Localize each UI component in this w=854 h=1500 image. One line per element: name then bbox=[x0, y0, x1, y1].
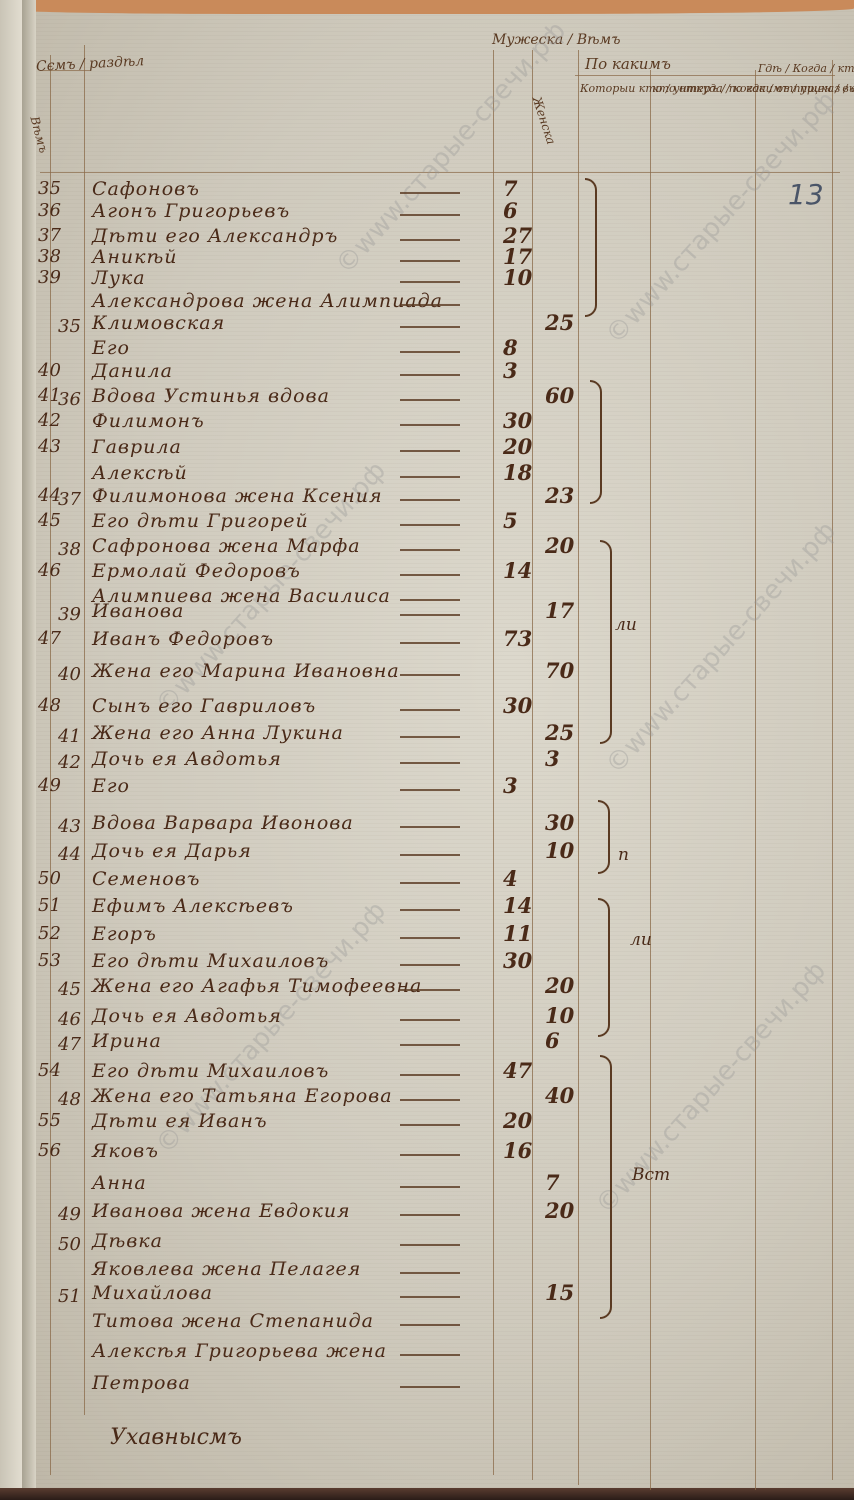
row-margin-number: 54 bbox=[38, 1060, 61, 1081]
row-name: Алексѣя Григорьева жена bbox=[92, 1340, 387, 1362]
row-age-male: 16 bbox=[503, 1138, 532, 1163]
row-filler-dash bbox=[400, 374, 460, 376]
row-margin-number: 51 bbox=[38, 895, 61, 916]
row-filler-dash bbox=[400, 1214, 460, 1216]
row-filler-dash bbox=[400, 909, 460, 911]
row-name: Александрова жена Алимпиада bbox=[92, 290, 443, 312]
row-age-female: 25 bbox=[545, 310, 574, 335]
row-margin-number: 37 bbox=[38, 225, 61, 246]
column-rule-name-start bbox=[84, 45, 85, 1415]
row-age-male: 5 bbox=[503, 508, 518, 533]
row-age-male: 47 bbox=[503, 1058, 532, 1083]
row-age-female: 10 bbox=[545, 838, 574, 863]
row-name: Его дѣти Михаиловъ bbox=[92, 950, 329, 972]
row-filler-dash bbox=[400, 192, 460, 194]
row-filler-dash bbox=[400, 989, 460, 991]
row-age-male: 20 bbox=[503, 1108, 532, 1133]
row-margin-number: 43 bbox=[38, 436, 61, 457]
column-rule-arrival bbox=[578, 50, 579, 1485]
row-name: Дочь ея Авдотья bbox=[92, 748, 282, 770]
row-age-female: 6 bbox=[545, 1028, 560, 1053]
row-name: Жена его Марина Ивановна bbox=[92, 660, 400, 682]
row-age-female: 17 bbox=[545, 598, 574, 623]
row-group-number: 51 bbox=[58, 1286, 81, 1307]
header-arrival-label: По какимъ bbox=[585, 58, 671, 71]
row-name: Аникѣй bbox=[92, 246, 178, 268]
row-filler-dash bbox=[400, 351, 460, 353]
row-filler-dash bbox=[400, 826, 460, 828]
header-arrival-sub: Которыи кто / унтеръ / по какимъ / прика… bbox=[580, 82, 650, 95]
header-rule-right bbox=[575, 75, 835, 76]
row-age-male: 30 bbox=[503, 693, 532, 718]
row-name: Ефимъ Алексѣевъ bbox=[92, 895, 294, 917]
row-name: Петрова bbox=[92, 1372, 191, 1394]
row-age-female: 3 bbox=[545, 746, 560, 771]
row-name: Дочь ея Дарья bbox=[92, 840, 252, 862]
row-name: Дочь ея Авдотья bbox=[92, 1005, 282, 1027]
row-group-number: 49 bbox=[58, 1204, 81, 1225]
row-filler-dash bbox=[400, 762, 460, 764]
row-group-number: 39 bbox=[58, 604, 81, 625]
row-filler-dash bbox=[400, 499, 460, 501]
row-filler-dash bbox=[400, 326, 460, 328]
row-name: Ермолай Федоровъ bbox=[92, 560, 301, 582]
row-margin-number: 45 bbox=[38, 510, 61, 531]
row-filler-dash bbox=[400, 1154, 460, 1156]
row-filler-dash bbox=[400, 1272, 460, 1274]
row-age-male: 30 bbox=[503, 408, 532, 433]
bracket-note: Вст bbox=[632, 1165, 670, 1185]
row-margin-number: 56 bbox=[38, 1140, 61, 1161]
signature: Ухавнысмъ bbox=[110, 1425, 242, 1450]
row-margin-number: 48 bbox=[38, 695, 61, 716]
watermark: ©www.старые-свечи.рф bbox=[600, 86, 842, 350]
row-filler-dash bbox=[400, 709, 460, 711]
row-filler-dash bbox=[400, 304, 460, 306]
row-filler-dash bbox=[400, 476, 460, 478]
row-filler-dash bbox=[400, 642, 460, 644]
row-filler-dash bbox=[400, 399, 460, 401]
row-group-number: 47 bbox=[58, 1034, 81, 1055]
row-filler-dash bbox=[400, 854, 460, 856]
row-group-number: 48 bbox=[58, 1089, 81, 1110]
row-margin-number: 49 bbox=[38, 775, 61, 796]
row-name: Иванъ Федоровъ bbox=[92, 628, 274, 650]
row-filler-dash bbox=[400, 424, 460, 426]
row-group-number: 40 bbox=[58, 664, 81, 685]
row-name: Данила bbox=[92, 360, 173, 382]
watermark: ©www.старые-свечи.рф bbox=[600, 516, 842, 780]
row-age-male: 20 bbox=[503, 434, 532, 459]
row-margin-number: 50 bbox=[38, 868, 61, 889]
row-filler-dash bbox=[400, 789, 460, 791]
row-age-female: 60 bbox=[545, 383, 574, 408]
row-name: Яковлева жена Пелагея bbox=[92, 1258, 361, 1280]
row-name: Жена его Агафья Тимофеевна bbox=[92, 975, 422, 997]
row-age-male: 30 bbox=[503, 948, 532, 973]
row-age-female: 70 bbox=[545, 658, 574, 683]
column-rule-male bbox=[493, 50, 494, 1475]
row-filler-dash bbox=[400, 1019, 460, 1021]
row-margin-number: 47 bbox=[38, 628, 61, 649]
row-filler-dash bbox=[400, 736, 460, 738]
row-name: Жена его Анна Лукина bbox=[92, 722, 344, 744]
row-age-male: 73 bbox=[503, 626, 532, 651]
row-age-male: 10 bbox=[503, 265, 532, 290]
row-name: Вдова Устинья вдова bbox=[92, 385, 330, 407]
row-group-number: 37 bbox=[58, 489, 81, 510]
row-name: Дѣвка bbox=[92, 1230, 163, 1252]
row-filler-dash bbox=[400, 239, 460, 241]
row-group-number: 42 bbox=[58, 752, 81, 773]
row-group-number: 38 bbox=[58, 539, 81, 560]
header-notes-label: Гдѣ / Когда / кто / вывезли / Ли рас bbox=[758, 62, 854, 75]
row-margin-number: 52 bbox=[38, 923, 61, 944]
bracket-group bbox=[600, 1055, 612, 1319]
row-age-male: 14 bbox=[503, 558, 532, 583]
row-margin-number: 42 bbox=[38, 410, 61, 431]
row-filler-dash bbox=[400, 214, 460, 216]
row-age-male: 6 bbox=[503, 198, 518, 223]
bracket-group bbox=[600, 540, 612, 744]
row-name: Сафоновъ bbox=[92, 178, 200, 200]
row-age-female: 20 bbox=[545, 533, 574, 558]
row-name: Филимонова жена Ксения bbox=[92, 485, 383, 507]
row-group-number: 44 bbox=[58, 844, 81, 865]
row-age-male: 14 bbox=[503, 893, 532, 918]
row-name: Иванова жена Евдокия bbox=[92, 1200, 351, 1222]
row-group-number: 35 bbox=[58, 316, 81, 337]
row-name: Титова жена Степанида bbox=[92, 1310, 374, 1332]
row-name: Вдова Варвара Ивонова bbox=[92, 812, 354, 834]
row-filler-dash bbox=[400, 1386, 460, 1388]
row-name: Алексѣй bbox=[92, 462, 188, 484]
row-filler-dash bbox=[400, 614, 460, 616]
row-age-male: 4 bbox=[503, 866, 518, 891]
header-margin-label: Сємъ / раздѣл bbox=[36, 55, 145, 74]
row-filler-dash bbox=[400, 281, 460, 283]
row-filler-dash bbox=[400, 937, 460, 939]
row-margin-number: 39 bbox=[38, 267, 61, 288]
row-filler-dash bbox=[400, 1124, 460, 1126]
row-margin-number: 40 bbox=[38, 360, 61, 381]
book-spine bbox=[22, 0, 36, 1500]
bracket-note: ли bbox=[630, 930, 652, 950]
row-filler-dash bbox=[400, 1186, 460, 1188]
row-margin-number: 46 bbox=[38, 560, 61, 581]
row-name: Яковъ bbox=[92, 1140, 159, 1162]
row-name: Дѣти его Александръ bbox=[92, 225, 338, 247]
facing-page-edge bbox=[0, 0, 22, 1500]
row-filler-dash bbox=[400, 549, 460, 551]
row-age-female: 30 bbox=[545, 810, 574, 835]
row-filler-dash bbox=[400, 1296, 460, 1298]
row-filler-dash bbox=[400, 574, 460, 576]
row-name: Жена его Татьяна Егорова bbox=[92, 1085, 393, 1107]
row-name: Его bbox=[92, 337, 130, 359]
row-filler-dash bbox=[400, 1324, 460, 1326]
row-name: Его дѣти Михаиловъ bbox=[92, 1060, 329, 1082]
row-age-female: 25 bbox=[545, 720, 574, 745]
row-name: Гаврила bbox=[92, 436, 182, 458]
row-age-female: 23 bbox=[545, 483, 574, 508]
bracket-note: п bbox=[618, 845, 629, 865]
bottom-edge bbox=[0, 1488, 854, 1500]
row-age-female: 20 bbox=[545, 1198, 574, 1223]
row-age-male: 3 bbox=[503, 773, 518, 798]
row-filler-dash bbox=[400, 1044, 460, 1046]
row-name: Его bbox=[92, 775, 130, 797]
column-rule-right bbox=[832, 60, 833, 1480]
row-group-number: 46 bbox=[58, 1009, 81, 1030]
row-age-female: 7 bbox=[545, 1170, 560, 1195]
row-name: Ирина bbox=[92, 1030, 162, 1052]
row-margin-number: 35 bbox=[38, 178, 61, 199]
row-margin-number: 53 bbox=[38, 950, 61, 971]
bracket-group bbox=[590, 380, 602, 504]
row-name: Его дѣти Григорей bbox=[92, 510, 309, 532]
header-female-label: Женска bbox=[530, 95, 558, 146]
row-group-number: 43 bbox=[58, 816, 81, 837]
row-margin-number: 38 bbox=[38, 246, 61, 267]
row-age-male: 18 bbox=[503, 460, 532, 485]
row-age-female: 10 bbox=[545, 1003, 574, 1028]
row-age-female: 20 bbox=[545, 973, 574, 998]
row-name: Егоръ bbox=[92, 923, 157, 945]
bracket-group bbox=[585, 178, 597, 317]
watermark: ©www.старые-свечи.рф bbox=[590, 956, 832, 1220]
row-filler-dash bbox=[400, 1099, 460, 1101]
row-group-number: 41 bbox=[58, 726, 81, 747]
row-filler-dash bbox=[400, 1354, 460, 1356]
row-filler-dash bbox=[400, 450, 460, 452]
row-name: Дѣти ея Иванъ bbox=[92, 1110, 268, 1132]
page-number: 13 bbox=[788, 178, 824, 211]
row-filler-dash bbox=[400, 524, 460, 526]
row-filler-dash bbox=[400, 674, 460, 676]
row-group-number: 50 bbox=[58, 1234, 81, 1255]
row-filler-dash bbox=[400, 1074, 460, 1076]
row-group-number: 36 bbox=[58, 389, 81, 410]
row-name: Сафронова жена Марфа bbox=[92, 535, 361, 557]
row-name: Климовская bbox=[92, 312, 225, 334]
row-name: Анна bbox=[92, 1172, 147, 1194]
row-name: Лука bbox=[92, 267, 146, 289]
row-age-male: 8 bbox=[503, 335, 518, 360]
row-age-male: 11 bbox=[503, 921, 532, 946]
torn-top-edge bbox=[10, 0, 854, 14]
row-name: Иванова bbox=[92, 600, 184, 622]
row-name: Михайлова bbox=[92, 1282, 213, 1304]
row-name: Филимонъ bbox=[92, 410, 205, 432]
row-filler-dash bbox=[400, 260, 460, 262]
bracket-group bbox=[598, 800, 610, 874]
row-name: Агонъ Григорьевъ bbox=[92, 200, 290, 222]
row-filler-dash bbox=[400, 964, 460, 966]
bracket-note: ли bbox=[615, 615, 637, 635]
column-rule-notes bbox=[755, 70, 756, 1490]
row-group-number: 45 bbox=[58, 979, 81, 1000]
row-name: Семеновъ bbox=[92, 868, 200, 890]
register-page: Сємъ / раздѣл Вѣмъ Мужеска / Вѣмъ Женска… bbox=[0, 0, 854, 1500]
row-margin-number: 36 bbox=[38, 200, 61, 221]
row-age-female: 40 bbox=[545, 1083, 574, 1108]
row-filler-dash bbox=[400, 882, 460, 884]
row-filler-dash bbox=[400, 599, 460, 601]
row-age-male: 3 bbox=[503, 358, 518, 383]
row-filler-dash bbox=[400, 1244, 460, 1246]
bracket-group bbox=[598, 898, 610, 1037]
row-age-female: 15 bbox=[545, 1280, 574, 1305]
row-margin-number: 55 bbox=[38, 1110, 61, 1131]
row-name: Сынъ его Гавриловъ bbox=[92, 695, 316, 717]
